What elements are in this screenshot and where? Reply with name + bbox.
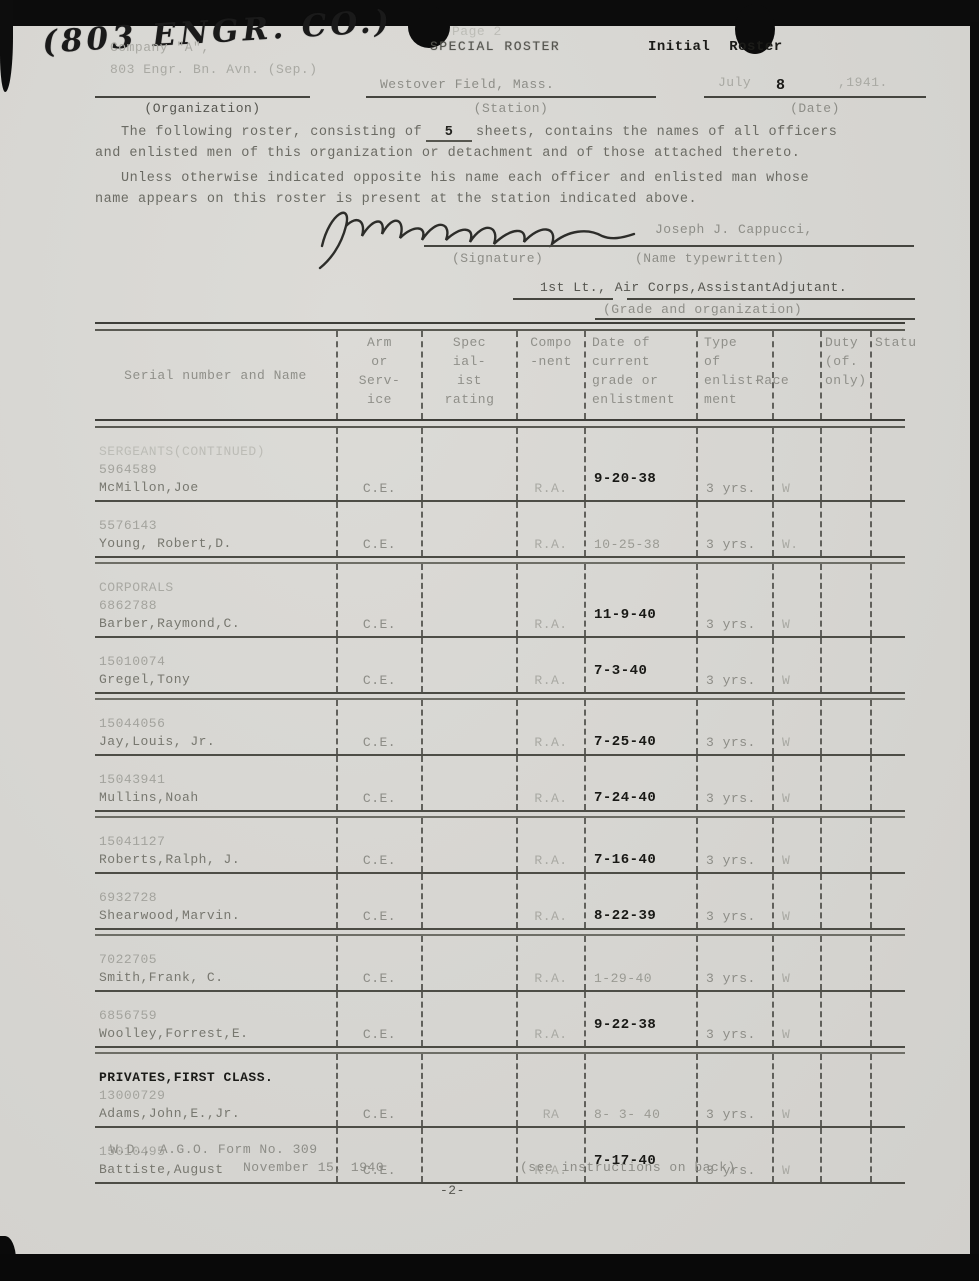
- row-separator: [95, 1046, 905, 1054]
- organization-caption: (Organization): [95, 101, 310, 116]
- soldier-name: Jay,Louis, Jr.: [99, 733, 336, 751]
- table-row: 5576143 Young, Robert,D. C.E. R.A. 10-25…: [95, 502, 905, 556]
- header-line: Statu: [875, 333, 917, 352]
- soldier-name: Young, Robert,D.: [99, 535, 336, 553]
- organization-line2: 803 Engr. Bn. Avn. (Sep.): [110, 62, 318, 77]
- header-arm-service: Arm or Serv- ice: [336, 331, 421, 419]
- serial-name-cell: CORPORALS 6862788 Barber,Raymond,C.: [95, 564, 336, 636]
- header-line: grade or: [592, 371, 696, 390]
- status-cell: [870, 1128, 900, 1182]
- page-number: -2-: [440, 1183, 465, 1198]
- header-line: Date of: [592, 333, 696, 352]
- serial-number: 15043941: [99, 771, 336, 789]
- component-cell: R.A.: [516, 564, 584, 636]
- serial-number: 13000729: [99, 1087, 336, 1105]
- date-underline: [704, 96, 926, 98]
- paragraph-line: The following roster, consisting of5shee…: [95, 122, 940, 143]
- header-component: Compo -nent: [516, 331, 584, 419]
- date-month: July: [718, 75, 751, 90]
- header-line: -nent: [518, 352, 584, 371]
- specialist-rating-cell: [421, 428, 516, 500]
- serial-name-cell: 15041127 Roberts,Ralph, J.: [95, 818, 336, 872]
- enlistment-type-cell: 3 yrs.: [696, 1054, 772, 1126]
- serial-name-cell: SERGEANTS(CONTINUED) 5964589 McMillon,Jo…: [95, 428, 336, 500]
- component-cell: R.A.: [516, 936, 584, 990]
- duty-cell: [820, 428, 870, 500]
- arm-service-cell: C.E.: [336, 502, 421, 556]
- table-row: PRIVATES,FIRST CLASS. 13000729 Adams,Joh…: [95, 1054, 905, 1126]
- component-cell: R.A.: [516, 638, 584, 692]
- duty-cell: [820, 502, 870, 556]
- header-line: Race: [756, 371, 789, 390]
- serial-number: 15041127: [99, 833, 336, 851]
- table-top-rule: [95, 322, 905, 331]
- header-serial-name: Serial number and Name: [95, 331, 336, 419]
- row-separator: [95, 810, 905, 818]
- page-label: Page 2: [452, 24, 502, 39]
- form-title: SPECIAL ROSTER: [430, 39, 560, 54]
- scan-right-edge: [970, 22, 979, 1281]
- race-cell: W: [772, 1054, 820, 1126]
- serial-name-cell: 15044056 Jay,Louis, Jr.: [95, 700, 336, 754]
- soldier-name: Shearwood,Marvin.: [99, 907, 336, 925]
- form-number: W.D., A.G.O. Form No. 309: [110, 1142, 318, 1157]
- date-day: 8: [776, 77, 786, 94]
- row-separator: [95, 928, 905, 936]
- component-cell: R.A.: [516, 756, 584, 810]
- race-cell: W: [772, 818, 820, 872]
- table-row: CORPORALS 6862788 Barber,Raymond,C. C.E.…: [95, 564, 905, 636]
- date-caption: (Date): [704, 101, 926, 116]
- arm-service-cell: C.E.: [336, 1054, 421, 1126]
- specialist-rating-cell: [421, 502, 516, 556]
- status-cell: [870, 700, 900, 754]
- enlistment-date-cell: 8-22-39: [584, 874, 696, 928]
- header-line: current: [592, 352, 696, 371]
- enlistment-date-cell: 8- 3- 40: [584, 1054, 696, 1126]
- paragraph-line: Unless otherwise indicated opposite his …: [95, 168, 940, 189]
- enlistment-date-cell: 9-20-38: [584, 428, 696, 500]
- arm-service-cell: C.E.: [336, 818, 421, 872]
- serial-number: 6862788: [99, 597, 336, 615]
- status-cell: [870, 818, 900, 872]
- status-cell: [870, 756, 900, 810]
- status-cell: [870, 874, 900, 928]
- arm-service-cell: C.E.: [336, 564, 421, 636]
- race-cell: W: [772, 564, 820, 636]
- rank-section-label: SERGEANTS(CONTINUED): [99, 443, 336, 461]
- duty-cell: [820, 638, 870, 692]
- arm-service-cell: C.E.: [336, 756, 421, 810]
- header-line: ial-: [423, 352, 516, 371]
- status-cell: [870, 502, 900, 556]
- header-duty: Duty (of. only): [820, 331, 870, 419]
- typed-signer-name: Joseph J. Cappucci,: [655, 222, 813, 237]
- race-cell: W: [772, 936, 820, 990]
- serial-name-cell: 6932728 Shearwood,Marvin.: [95, 874, 336, 928]
- specialist-rating-cell: [421, 1054, 516, 1126]
- soldier-name: McMillon,Joe: [99, 479, 336, 497]
- status-cell: [870, 992, 900, 1046]
- table-header-row: Serial number and Name Arm or Serv- ice …: [95, 331, 905, 419]
- enlistment-type-cell: 3 yrs.: [696, 992, 772, 1046]
- header-line: Arm: [338, 333, 421, 352]
- serial-number: 15044056: [99, 715, 336, 733]
- serial-name-cell: 15043941 Mullins,Noah: [95, 756, 336, 810]
- header-line: or: [338, 352, 421, 371]
- component-cell: R.A.: [516, 428, 584, 500]
- enlistment-type-cell: 3 yrs.: [696, 428, 772, 500]
- specialist-rating-cell: [421, 700, 516, 754]
- serial-number: 6932728: [99, 889, 336, 907]
- header-line: Type: [704, 333, 772, 352]
- header-line: of: [704, 352, 772, 371]
- table-row: 15041127 Roberts,Ralph, J. C.E. R.A. 7-1…: [95, 818, 905, 872]
- enlistment-date-cell: 11-9-40: [584, 564, 696, 636]
- specialist-rating-cell: [421, 756, 516, 810]
- enlistment-date-cell: 10-25-38: [584, 502, 696, 556]
- specialist-rating-cell: [421, 1128, 516, 1182]
- organization-underline: [95, 96, 310, 98]
- station-caption: (Station): [366, 101, 656, 116]
- table-row: 6856759 Woolley,Forrest,E. C.E. R.A. 9-2…: [95, 992, 905, 1046]
- race-cell: W: [772, 1128, 820, 1182]
- race-cell: W: [772, 756, 820, 810]
- component-cell: R.A.: [516, 992, 584, 1046]
- header-line: ice: [338, 390, 421, 409]
- signature-underline: [424, 245, 914, 247]
- enlistment-type-cell: 3 yrs.: [696, 818, 772, 872]
- header-line: ist: [423, 371, 516, 390]
- serial-number: 5576143: [99, 517, 336, 535]
- enlistment-type-cell: 3 yrs.: [696, 874, 772, 928]
- duty-cell: [820, 700, 870, 754]
- soldier-name: Barber,Raymond,C.: [99, 615, 336, 633]
- status-cell: [870, 638, 900, 692]
- component-cell: R.A.: [516, 502, 584, 556]
- status-cell: [870, 428, 900, 500]
- serial-name-cell: 6856759 Woolley,Forrest,E.: [95, 992, 336, 1046]
- sheets-count-blank: 5: [426, 125, 472, 142]
- instructions-note: (see instructions on back): [520, 1160, 736, 1175]
- rank-section-label: PRIVATES,FIRST CLASS.: [99, 1069, 336, 1087]
- scanned-document-page: (803 ENGR. CO.) Page 2 SPECIAL ROSTER In…: [0, 0, 979, 1281]
- soldier-name: Roberts,Ralph, J.: [99, 851, 336, 869]
- serial-number: 15010074: [99, 653, 336, 671]
- enlistment-date-cell: 7-24-40: [584, 756, 696, 810]
- header-line: Compo: [518, 333, 584, 352]
- row-separator: [95, 556, 905, 564]
- row-separator: [95, 692, 905, 700]
- specialist-rating-cell: [421, 564, 516, 636]
- rank-section-label: CORPORALS: [99, 579, 336, 597]
- name-typewritten-caption: (Name typewritten): [635, 251, 784, 266]
- status-cell: [870, 936, 900, 990]
- duty-cell: [820, 936, 870, 990]
- serial-number: 5964589: [99, 461, 336, 479]
- date-year: ,1941.: [838, 75, 888, 90]
- table-row: 15010074 Gregel,Tony C.E. R.A. 7-3-40 3 …: [95, 638, 905, 692]
- specialist-rating-cell: [421, 638, 516, 692]
- race-cell: W: [772, 700, 820, 754]
- header-status: Statu: [870, 331, 900, 419]
- header-line: only): [825, 371, 870, 390]
- component-cell: RA: [516, 1054, 584, 1126]
- roster-type-label: Initial Roster: [648, 39, 783, 55]
- header-specialist-rating: Spec ial- ist rating: [421, 331, 516, 419]
- soldier-name: Gregel,Tony: [99, 671, 336, 689]
- header-line: Duty: [825, 333, 870, 352]
- race-cell: W.: [772, 502, 820, 556]
- header-line: enlistment: [592, 390, 696, 409]
- table-row: 7022705 Smith,Frank, C. C.E. R.A. 1-29-4…: [95, 936, 905, 990]
- enlistment-type-cell: 3 yrs.: [696, 564, 772, 636]
- serial-name-cell: PRIVATES,FIRST CLASS. 13000729 Adams,Joh…: [95, 1054, 336, 1126]
- header-date-of-grade: Date of current grade or enlistment: [584, 331, 696, 419]
- enlistment-date-cell: 7-3-40: [584, 638, 696, 692]
- table-row: SERGEANTS(CONTINUED) 5964589 McMillon,Jo…: [95, 428, 905, 500]
- duty-cell: [820, 818, 870, 872]
- arm-service-cell: C.E.: [336, 428, 421, 500]
- specialist-rating-cell: [421, 874, 516, 928]
- race-cell: W: [772, 428, 820, 500]
- table-row: 15043941 Mullins,Noah C.E. R.A. 7-24-40 …: [95, 756, 905, 810]
- table-row: 6932728 Shearwood,Marvin. C.E. R.A. 8-22…: [95, 874, 905, 928]
- arm-service-cell: C.E.: [336, 992, 421, 1046]
- roster-paragraph-1: The following roster, consisting of5shee…: [95, 122, 940, 164]
- component-cell: R.A.: [516, 700, 584, 754]
- paragraph-text: The following roster, consisting of: [121, 125, 422, 140]
- soldier-name: Woolley,Forrest,E.: [99, 1025, 336, 1043]
- table-row: 15044056 Jay,Louis, Jr. C.E. R.A. 7-25-4…: [95, 700, 905, 754]
- enlistment-date-cell: 7-25-40: [584, 700, 696, 754]
- enlistment-type-cell: 3 yrs.: [696, 756, 772, 810]
- specialist-rating-cell: [421, 992, 516, 1046]
- race-cell: W: [772, 638, 820, 692]
- soldier-name: Smith,Frank, C.: [99, 969, 336, 987]
- duty-cell: [820, 874, 870, 928]
- arm-service-cell: C.E.: [336, 700, 421, 754]
- enlistment-type-cell: 3 yrs.: [696, 502, 772, 556]
- paragraph-text: sheets, contains the names of all office…: [476, 125, 837, 140]
- arm-service-cell: C.E.: [336, 936, 421, 990]
- table-header-rule: [95, 419, 905, 428]
- soldier-name: Adams,John,E.,Jr.: [99, 1105, 336, 1123]
- serial-name-cell: 15010074 Gregel,Tony: [95, 638, 336, 692]
- header-line: Spec: [423, 333, 516, 352]
- soldier-name: Mullins,Noah: [99, 789, 336, 807]
- header-race: Race: [772, 331, 820, 419]
- duty-cell: [820, 756, 870, 810]
- grade-underline-1: [513, 298, 613, 300]
- component-cell: R.A.: [516, 818, 584, 872]
- enlistment-date-cell: 7-16-40: [584, 818, 696, 872]
- serial-name-cell: 7022705 Smith,Frank, C.: [95, 936, 336, 990]
- header-line: rating: [423, 390, 516, 409]
- table-bottom-rule: [95, 1182, 905, 1184]
- race-cell: W: [772, 992, 820, 1046]
- header-line: (of.: [825, 352, 870, 371]
- duty-cell: [820, 564, 870, 636]
- enlistment-date-cell: 1-29-40: [584, 936, 696, 990]
- serial-number: 7022705: [99, 951, 336, 969]
- grade-underline-2: [627, 298, 915, 300]
- enlistment-type-cell: 3 yrs.: [696, 638, 772, 692]
- roster-table: Serial number and Name Arm or Serv- ice …: [95, 322, 905, 1184]
- station-underline: [366, 96, 656, 98]
- specialist-rating-cell: [421, 936, 516, 990]
- serial-number: 6856759: [99, 1007, 336, 1025]
- duty-cell: [820, 1054, 870, 1126]
- serial-name-cell: 5576143 Young, Robert,D.: [95, 502, 336, 556]
- enlistment-date-cell: 9-22-38: [584, 992, 696, 1046]
- station-value: Westover Field, Mass.: [380, 77, 554, 92]
- status-cell: [870, 1054, 900, 1126]
- specialist-rating-cell: [421, 818, 516, 872]
- scan-bottom-edge: [0, 1254, 979, 1281]
- paragraph-line: and enlisted men of this organization or…: [95, 143, 940, 164]
- header-line: Serv-: [338, 371, 421, 390]
- component-cell: R.A.: [516, 874, 584, 928]
- duty-cell: [820, 1128, 870, 1182]
- race-cell: W: [772, 874, 820, 928]
- scan-left-edge: [0, 0, 13, 92]
- enlistment-type-cell: 3 yrs.: [696, 700, 772, 754]
- grade-organization-line: 1st Lt., Air Corps,AssistantAdjutant.: [540, 280, 847, 295]
- arm-service-cell: C.E.: [336, 874, 421, 928]
- arm-service-cell: C.E.: [336, 638, 421, 692]
- enlistment-type-cell: 3 yrs.: [696, 936, 772, 990]
- duty-cell: [820, 992, 870, 1046]
- signature-caption: (Signature): [452, 251, 543, 266]
- grade-caption: (Grade and organization): [603, 302, 802, 317]
- header-line: ment: [704, 390, 772, 409]
- grade-caption-underline: [595, 318, 915, 320]
- organization-line1: Company "A",: [110, 40, 210, 55]
- status-cell: [870, 564, 900, 636]
- form-date: November 15, 1940: [243, 1160, 384, 1175]
